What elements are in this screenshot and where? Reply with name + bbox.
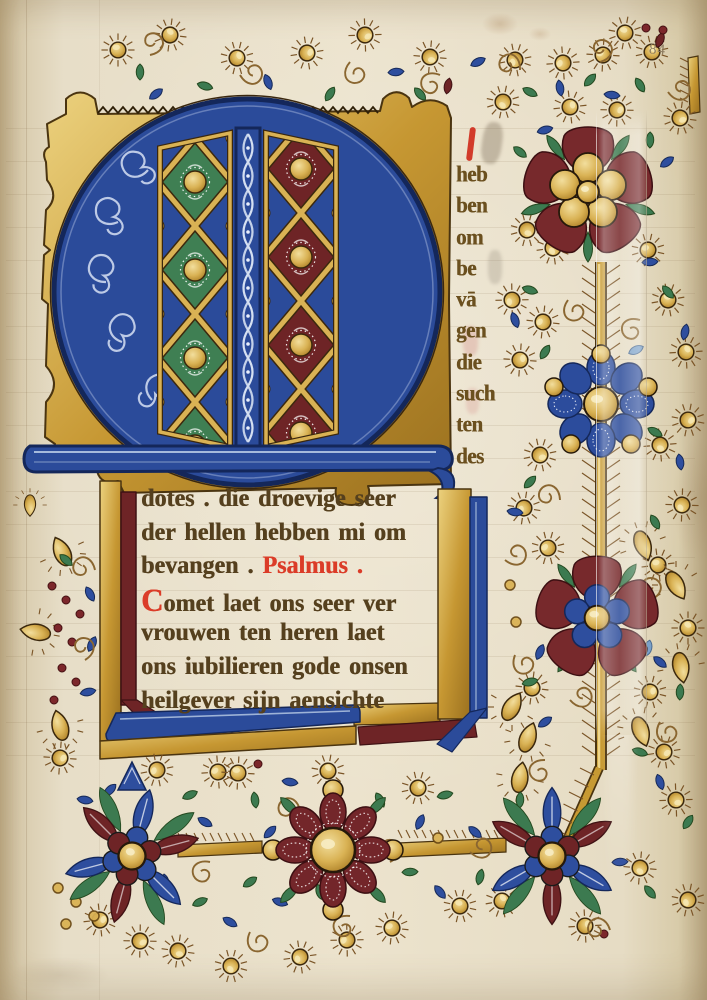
green-leaf-ornament — [436, 790, 453, 801]
blue-leaf-ornament — [432, 883, 448, 900]
blue-leaf-ornament — [196, 815, 214, 829]
blue-leaf-ornament — [654, 773, 666, 791]
gold-bezant-ornament — [440, 886, 480, 926]
text-segment: ons iubilieren gode onsen — [141, 653, 408, 680]
text-line: ons iubilieren gode onsen — [141, 653, 457, 688]
blue-leaf-ornament — [651, 654, 668, 670]
text-segment: Psalmus . — [262, 552, 362, 579]
gold-bezant-ornament — [101, 33, 134, 66]
tendril-curl-ornament — [340, 59, 367, 87]
blue-leaf-ornament — [536, 714, 553, 729]
text-line: der hellen hebben mi om — [141, 519, 457, 554]
gold-bezant-ornament — [370, 906, 414, 950]
star-flower-ornament — [488, 788, 615, 925]
marginal-word: gen — [456, 317, 510, 351]
gold-bezant-ornament — [659, 783, 693, 817]
gold-bezant-ornament — [665, 605, 707, 650]
green-leaf-ornament — [196, 80, 213, 92]
gold-bezant-ornament — [480, 79, 527, 126]
blue-leaf-ornament — [680, 323, 691, 340]
green-leaf-ornament — [633, 76, 648, 94]
marginal-text-column: hebbenombevāgendiesuchtendes — [456, 162, 510, 475]
blue-leaf-ornament — [388, 68, 405, 77]
berry-ornament — [54, 624, 62, 632]
tendril-curl-ornament — [73, 557, 95, 575]
gold-bezant-ornament — [159, 932, 196, 969]
blue-leaf-ornament — [262, 824, 279, 841]
green-leaf-ornament — [241, 874, 258, 889]
folio-number: 84 — [648, 41, 666, 59]
text-segment: C — [141, 582, 163, 619]
green-leaf-ornament — [136, 64, 144, 80]
gold-bezant-ornament — [665, 397, 707, 444]
text-segment: bevangen . — [141, 552, 262, 579]
tendril-curl-ornament — [242, 928, 270, 955]
green-leaf-ornament — [474, 868, 485, 885]
green-leaf-ornament — [646, 132, 654, 148]
green-leaf-ornament — [680, 813, 695, 830]
tendril-curl-ornament — [190, 857, 215, 884]
gold-bezant-ornament — [660, 483, 705, 528]
marginal-word: vā — [456, 286, 510, 320]
green-leaf-ornament — [250, 792, 260, 809]
tendril-curl-ornament — [508, 651, 536, 678]
blue-leaf-ornament — [221, 915, 239, 929]
blue-leaf-ornament — [466, 824, 483, 840]
gold-bezant-ornament — [541, 41, 585, 85]
marginal-word: des — [456, 442, 510, 476]
gold-bezant-ornament — [398, 768, 438, 808]
gold-bezant-ornament — [630, 672, 670, 712]
gold-bezant-ornament — [412, 39, 448, 75]
rosette-flower-ornament — [263, 780, 403, 920]
berry-ornament — [58, 664, 66, 672]
text-segment: dotes . die droevige seer — [141, 485, 396, 512]
berry-ornament — [50, 696, 58, 704]
gold-ring-ornament — [53, 883, 63, 893]
gold-bezant-ornament — [520, 435, 559, 474]
gold-bezant-ornament — [638, 423, 682, 467]
lattice-panel-right — [266, 133, 336, 447]
blue-leaf-ornament — [658, 154, 675, 169]
green-leaf-ornament — [537, 343, 552, 361]
tendril-curl-ornament — [145, 33, 163, 55]
berry-ornament — [254, 760, 262, 768]
berry-ornament — [76, 610, 84, 618]
gold-ring-ornament — [505, 580, 515, 590]
gold-bezant-ornament — [117, 918, 162, 963]
blue-leaf-ornament — [509, 311, 522, 329]
text-segment: vrouwen ten heren laet — [141, 619, 384, 646]
text-line: heilgever sijn aensichte — [141, 687, 457, 722]
blue-leaf-ornament — [533, 643, 546, 661]
green-leaf-ornament — [676, 684, 684, 700]
blue-leaf-ornament — [612, 858, 628, 866]
green-leaf-ornament — [412, 86, 428, 103]
marginal-word: be — [456, 255, 510, 289]
tendril-curl-ornament — [502, 543, 530, 570]
gold-bezant-ornament — [217, 38, 258, 79]
marginal-word: heb — [456, 161, 510, 195]
gold-bezant-ornament — [342, 12, 388, 58]
gold-bezant-ornament — [286, 32, 329, 75]
letter-base-bar — [24, 446, 452, 472]
blue-leaf-ornament — [262, 73, 275, 91]
blue-leaf-ornament — [604, 90, 621, 99]
tendril-curl-ornament — [568, 685, 596, 711]
blue-leaf-ornament — [282, 777, 299, 787]
marginal-word: om — [456, 223, 510, 257]
marginal-word: ben — [456, 192, 510, 226]
gold-bezant-ornament — [568, 909, 603, 944]
gold-bezant-ornament — [647, 279, 689, 321]
green-leaf-ornament — [402, 868, 418, 876]
blue-leaf-ornament — [77, 795, 94, 805]
gold-ring-ornament — [433, 833, 443, 843]
berry-ornament — [659, 26, 667, 34]
blue-leaf-ornament — [675, 454, 685, 471]
gold-bezant-ornament — [520, 299, 566, 345]
text-line: dotes . die droevige seer — [141, 485, 457, 520]
gold-teardrop-leaf-ornament — [13, 488, 47, 516]
berry-ornament — [72, 678, 80, 686]
green-leaf-ornament — [521, 85, 539, 99]
blue-leaf-ornament — [147, 86, 164, 102]
text-line: vrouwen ten heren laet — [141, 619, 457, 654]
tendril-curl-ornament — [538, 484, 562, 505]
rose-flower-ornament — [518, 127, 657, 262]
maroon-leaf-ornament — [443, 77, 453, 94]
tendril-curl-ornament — [527, 757, 549, 782]
green-leaf-ornament — [642, 883, 658, 900]
berry-ornament — [48, 582, 56, 590]
tendril-curl-ornament — [238, 63, 264, 87]
gold-bezant-ornament — [525, 525, 572, 572]
green-leaf-ornament — [582, 72, 598, 89]
berry-ornament — [62, 596, 70, 604]
gold-bezant-ornament — [147, 12, 193, 58]
lightblue-leaf-ornament — [627, 343, 645, 357]
green-leaf-ornament — [648, 513, 662, 531]
green-leaf-ornament — [521, 284, 538, 296]
green-leaf-ornament — [522, 474, 539, 491]
gold-bezant-ornament — [496, 41, 535, 80]
text-line: Comet laet ons seer ver — [141, 586, 457, 621]
blue-leaf-ornament — [536, 124, 553, 135]
gold-bezant-ornament — [505, 489, 543, 527]
green-leaf-ornament — [631, 746, 649, 758]
marginal-word: die — [456, 349, 510, 383]
gold-bezant-ornament — [208, 943, 255, 990]
gold-ring-ornament — [511, 617, 521, 627]
berry-ornament — [642, 24, 650, 32]
gold-bezant-ornament — [552, 89, 588, 125]
blue-pompon-flower-ornament — [545, 345, 657, 457]
lattice-panel-left — [160, 133, 230, 447]
blue-leaf-ornament — [555, 79, 565, 96]
green-leaf-ornament — [191, 895, 209, 908]
marginal-word: ten — [456, 411, 510, 445]
marginal-word: such — [456, 380, 510, 414]
gold-ring-ornament — [61, 919, 71, 929]
green-leaf-ornament — [323, 85, 338, 103]
gold-bezant-ornament — [667, 879, 707, 921]
text-segment: der hellen hebben mi om — [141, 519, 406, 546]
main-text-block: dotes . die droevige seerder hellen hebb… — [141, 485, 457, 720]
blue-leaf-ornament — [413, 813, 426, 831]
blue-leaf-ornament — [469, 55, 487, 69]
gold-teardrop-leaf-ornament — [16, 606, 64, 660]
gold-ring-ornament — [89, 911, 99, 921]
blue-leaf-ornament — [83, 585, 97, 603]
blue-leaf-ornament — [79, 687, 96, 698]
manuscript-page: 84 hebbenombevāgendiesuchtendes dotes . … — [0, 0, 707, 1000]
green-leaf-ornament — [511, 144, 528, 160]
tendril-curl-ornament — [618, 314, 644, 342]
text-segment: heilgever sijn aensichte — [141, 687, 384, 714]
green-leaf-ornament — [181, 788, 199, 801]
tendril-curl-ornament — [559, 297, 587, 325]
text-segment: omet laet ons seer ver — [163, 590, 396, 617]
gold-bezant-ornament — [281, 938, 318, 975]
gold-bezant-ornament — [617, 845, 663, 891]
text-line: bevangen . Psalmus . — [141, 552, 457, 587]
